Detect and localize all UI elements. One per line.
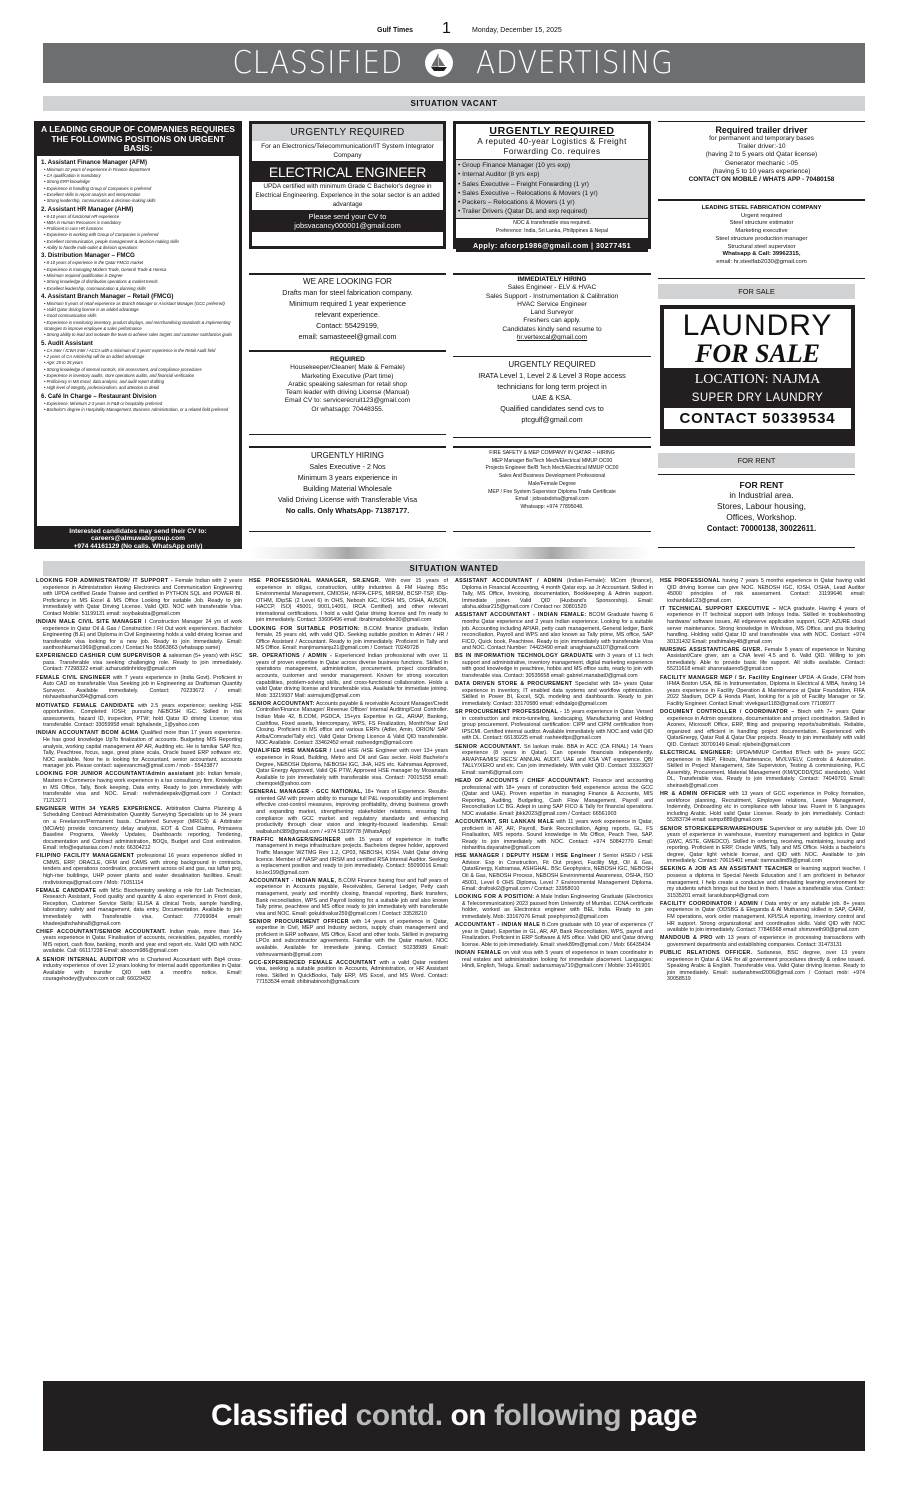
classified-listing: SENIOR ACCOUNTANT. Sri lankan male. BBA … <box>455 744 653 777</box>
role-item: Sales Executive – Freight Forwarding (1 … <box>456 180 648 189</box>
listing-body: Accounts payable & receivable Account Ma… <box>256 701 448 746</box>
ad-title: FOR RENT <box>658 476 865 490</box>
ad-line: Land Surveyor <box>453 309 651 317</box>
listing-headline: LOOKING FOR SUITABLE POSITION: <box>249 626 360 632</box>
section-for-sale: FOR SALE <box>658 284 855 299</box>
listing-body: Arbitration Claims Planning & Scheduling… <box>43 806 242 851</box>
listing-headline: INDIAN ACCOUNTANT BCOM &CMA <box>36 730 139 736</box>
ad-title: LEADING STEEL FABRICATION COMPANY <box>658 201 865 213</box>
steel-fabrication-ad: LEADING STEEL FABRICATION COMPANY Urgent… <box>658 199 865 279</box>
ad-line: Offices, Workshop. <box>658 512 865 523</box>
classified-listing: ACCOUNTANT - INDIAN MALE, B.COM Finance … <box>249 878 448 917</box>
ad-line: Minimum required 1 year experience <box>249 298 446 309</box>
listing-headline: CHIEF ACCOUNTANT/SENIOR ACCOUNTANT. <box>36 929 166 935</box>
ad-line: Stores, Labour housing, <box>658 501 865 512</box>
classified-listing: ASSISTANT ACCOUNTANT / ADMIN (Indian-Fem… <box>455 578 653 611</box>
ad-company: For an Electronics/Telecommunication/IT … <box>252 141 443 161</box>
classified-listing: TRAFFIC MANAGER/ENGINEER with 15 years o… <box>249 837 448 876</box>
classified-listing: HR & ADMIN OFFICER with 13 years of GCC … <box>660 791 865 824</box>
ad-line: for permanent and temporary bases <box>658 135 865 143</box>
listing-headline: ACCOUNTANT, SRI LANKAN MALE <box>455 819 554 825</box>
wanted-column-2: HSE PROFESSIONAL MANAGER, SR.ENGR. With … <box>249 578 448 1376</box>
ad-line: MEP / Fire System Supervisor Diploma Tra… <box>458 489 646 497</box>
ad-line: Sales Engineer - ELV & HVAC <box>453 284 651 292</box>
requirement: High level of integrity, professionalism… <box>41 385 235 391</box>
ad-contact: Contact: 70000138, 30022611. <box>658 523 865 534</box>
ad-line: (having 2 to 5 years old Qatar license) <box>658 151 865 159</box>
continued-banner: Classified contd. on following page <box>43 1381 865 1451</box>
classified-listing: MANDOUB & PRO with 13 years of experienc… <box>660 935 865 948</box>
laundry-contact: CONTACT 50339534 <box>664 408 851 429</box>
ad-line: Sales Support - Instrumentation & Calibr… <box>453 293 651 301</box>
wanted-column-1: LOOKING FOR ADMINISTRATOR/ IT SUPPORT - … <box>36 578 242 1376</box>
role-list: Group Finance Manager (10 yrs exp) Inter… <box>456 159 648 219</box>
listing-body: Supervisor or any suitable job. Over 10 … <box>667 826 865 865</box>
ad-contact: Whatsapp & Call: 39962315, <box>658 251 865 259</box>
listing-headline: BS IN INFORMATION TECHNOLOGY GRADUATE <box>455 653 593 659</box>
role-item: Sales Executive – Relocations & Movers (… <box>456 189 648 198</box>
listing-headline: ELECTRICAL ENGINEER: <box>660 750 733 756</box>
masthead-classified: CLASSIFIED <box>233 45 404 81</box>
ad-line: Marketing executive <box>658 228 865 236</box>
page-number: 1 <box>442 20 451 38</box>
ad-line: Male/Female Degree <box>458 481 646 489</box>
ad-line: Building Material Wholesale <box>249 483 446 494</box>
ad-title: URGENTLY HIRING <box>249 450 446 461</box>
ad-cta: Please send your CV to <box>252 212 443 221</box>
listing-body: Lead HSE /HSE Engineer with over 13+ yea… <box>256 748 448 787</box>
listing-body: Finance and accounting professional with… <box>462 778 653 817</box>
wanted-column-4: HSE PROFESSIONAL having 7 years 5 months… <box>660 578 865 1376</box>
ad-email[interactable]: ptcgulf@gmail.com <box>453 414 651 425</box>
masthead-advertising: ADVERTISING <box>476 45 674 81</box>
ad-line: Generator mechanic :-05 <box>658 160 865 168</box>
fire-safety-mep-ad: FIRE SAFETY & MEP COMPANY IN QATAR – HIR… <box>453 450 651 512</box>
classified-listing: DATA DRIVEN STORE & PROCUREMENT Speciali… <box>455 681 653 707</box>
contact-line: Interested candidates may send their CV … <box>37 528 239 536</box>
classified-listing: SEEKING A JOB AS AN ASSISTANT TEACHER or… <box>660 866 865 899</box>
classified-listing: ASSISTANT ACCOUNTANT - INDIAN FEMALE: BC… <box>455 612 653 651</box>
banner-word: on <box>450 1399 486 1433</box>
classified-listing: SR. OPERATIONS / ADMIN - Experienced Ind… <box>249 653 448 699</box>
ad-header: URGENTLY REQUIRED <box>252 124 443 141</box>
electrical-engineer-ad: URGENTLY REQUIRED For an Electronics/Tel… <box>249 121 446 249</box>
decorative-gradient <box>453 547 651 559</box>
ad-email[interactable]: Email CV to: servicerecruit123@gmail.com <box>249 397 446 405</box>
classified-listing: LOOKING FOR A POSITION: A Male Indian En… <box>455 894 653 920</box>
ad-line: Contact: 55429199, <box>249 320 446 331</box>
ad-line: technicians for long term project in <box>453 381 651 392</box>
listing-headline: IT TECHNICAL SUPPORT EXECUTIVE – <box>660 606 776 612</box>
listing-headline: FEMALE CANDIDATE <box>36 888 96 894</box>
listing-headline: GENERAL MANAGER - GCC NATIONAL, <box>249 789 363 795</box>
ad-line: Marketing Executive (Part time) <box>249 373 446 381</box>
listing-headline: SENIOR ACCOUNTANT. <box>455 744 521 750</box>
classified-listing: FILIPINO FACILITY MANAGEMENT professiona… <box>36 853 242 886</box>
role-item: Internal Auditor (8 yrs exp) <box>456 170 648 179</box>
section-situation-vacant: SITUATION VACANT <box>43 96 865 111</box>
ad-line: relevant experience. <box>249 309 446 320</box>
classified-listing: LOOKING FOR JUNIOR ACCOUNTANT/Admin assi… <box>36 771 242 804</box>
immediately-hiring-ad: IMMEDIATELY HIRING Sales Engineer - ELV … <box>453 276 651 342</box>
listing-headline: ASSISTANT ACCOUNTANT - INDIAN FEMALE: <box>455 612 586 618</box>
listing-headline: FACILITY COORDINATOR / ADMIN / <box>660 901 763 907</box>
requirement: Ability to handle multi-outlet & divisio… <box>41 245 235 251</box>
classified-listing: PUBLIC RELATIONS OFFICER. Sudanese, BSC … <box>660 950 865 983</box>
position-title: 5. Audit Assistant <box>41 340 235 348</box>
ad-line: Or whatsapp: 70448355. <box>249 406 446 414</box>
position-title: 4. Assistant Branch Manager – Retail (FM… <box>41 293 235 301</box>
requirement: Strong leadership, communication & decis… <box>41 198 235 204</box>
classified-listing: FACILITY MANAGER MEP / Sr. Facility Engi… <box>660 675 865 708</box>
required-staff-ad: REQUIRED Housekeeper/Cleaner( Male & Fem… <box>249 356 446 414</box>
listing-headline: GCC-EXPERIENCED FEMALE ACCOUNTANT <box>249 960 376 966</box>
listing-headline: ASSISTANT ACCOUNTANT / ADMIN <box>455 578 562 584</box>
listing-headline: SENIOR ACCOUNTANT: <box>249 701 315 707</box>
position-title: 2. Assistant HR Manager (AHM) <box>41 206 235 214</box>
listing-body: UPDA/MMUP Certified BTech with 8+ years … <box>667 750 865 789</box>
requirement: Strong ability to lead and motivate the … <box>41 332 235 338</box>
listing-body: Qualified more than 17 years experience.… <box>43 730 242 769</box>
irata-ad: URGENTLY REQUIRED IRATA Level 1, Level 2… <box>453 359 651 425</box>
role-item: Packers – Relocations & Movers (1 yr) <box>456 198 648 207</box>
ad-line: Steel structure estimator <box>658 220 865 228</box>
classified-listing: ENGINEER WITH 34 YEARS EXPERIENCE. Arbit… <box>36 806 242 852</box>
listing-body: 18+ Years of Experience. Results-oriente… <box>256 789 448 834</box>
ad-contact: No calls. Only WhatsApp- 71387177. <box>249 505 446 516</box>
banner-word: Classified <box>211 1399 348 1433</box>
dhow-boat-icon <box>425 49 453 77</box>
laundry-for-sale: FOR SALE <box>664 341 851 367</box>
role-item: Trailer Drivers (Qatar DL and exp requir… <box>456 207 648 216</box>
classified-listing: LOOKING FOR SUITABLE POSITION: B.COM fin… <box>249 626 448 652</box>
classified-listing: BS IN INFORMATION TECHNOLOGY GRADUATE wi… <box>455 653 653 679</box>
ad-note: NOC & transferable visa required. <box>456 219 648 228</box>
ad-line: Sales Executive - 2 Nos <box>249 461 446 472</box>
ad-line: Projects Engineer Be/B Tech Mech/Electri… <box>458 465 646 473</box>
listing-body: B.COM Finance having four and half years… <box>256 878 448 917</box>
ad-line: MEP Manager Be/Tech Mech/Electrical MMUP… <box>458 458 646 466</box>
listing-headline: TRAFFIC MANAGER/ENGINEER <box>249 837 341 843</box>
classified-listing: FEMALE CANDIDATE with MSc Biochemistry s… <box>36 888 242 927</box>
ad-contact: Please send your CV to jobsvacancy000001… <box>252 210 443 232</box>
listing-headline: SEEKING A JOB AS AN ASSISTANT TEACHER <box>660 866 792 872</box>
masthead: CLASSIFIED ADVERTISING <box>43 43 865 83</box>
laundry-location: LOCATION: NAJMA <box>664 368 851 390</box>
listing-headline: SENIOR PROCUREMENT OFFICER <box>249 919 349 925</box>
ad-line: Valid Driving License with Transferable … <box>249 494 446 505</box>
listing-headline: LOOKING FOR JUNIOR ACCOUNTANT/Admin assi… <box>36 771 194 777</box>
ad-role: ELECTRICAL ENGINEER <box>252 161 443 182</box>
listing-headline: HEAD OF ACCOUNTS / CHIEF ACCOUNTANT: <box>455 778 590 784</box>
group-ad-positions: 1. Assistant Finance Manager (AFM) Minim… <box>37 156 239 526</box>
classified-listing: LOOKING FOR ADMINISTRATOR/ IT SUPPORT - … <box>36 578 242 617</box>
listing-headline: LOOKING FOR ADMINISTRATOR/ IT SUPPORT - <box>36 578 173 584</box>
page-folio: Gulf Times 1 Monday, December 15, 2025 <box>0 18 907 40</box>
classified-listing: A SENIOR INTERNAL AUDITOR who is Charter… <box>36 957 242 983</box>
listing-headline: INDIAN FEMALE <box>455 950 501 956</box>
listing-body: with 14 years of experience in Qatar, ex… <box>256 919 448 958</box>
listing-body: With over 15 years of experience in oil/… <box>256 578 448 623</box>
for-rent-ad: FOR RENT in Industrial area. Stores, Lab… <box>658 476 865 549</box>
laundry-title: LAUNDRY <box>664 311 851 341</box>
listing-headline: HSE PROFESSIONAL <box>660 578 720 584</box>
listing-body: with 15 years of experience in traffic m… <box>256 837 448 876</box>
listing-headline: FEMALE CIVIL ENGINEER <box>36 675 110 681</box>
classified-listing: INDIAN MALE CIVIL SITE MANAGER / Constru… <box>36 619 242 652</box>
classified-listing: HSE PROFESSIONAL having 7 years 5 months… <box>660 578 865 604</box>
listing-headline: SR. OPERATIONS / ADMIN - <box>249 653 332 659</box>
draftsman-ad: WE ARE LOOKING FOR Drafts man for steel … <box>249 276 446 342</box>
classified-listing: SENIOR STOREKEEPER/WAREHOUSE Supervisor … <box>660 826 865 865</box>
ad-whatsapp: Whatsapp: +974 77895048. <box>458 504 646 512</box>
listing-body: MCA graduate. Having 4 years of experien… <box>667 606 865 645</box>
laundry-name: SUPER DRY LAUNDRY <box>664 390 851 408</box>
ad-line: Drafts man for steel fabrication company… <box>249 287 446 298</box>
classified-listing: HSE MANAGER / DEPUTY HSEM / HSE Engineer… <box>455 853 653 892</box>
listing-headline: ACCOUNTANT - INDIAN MALE <box>455 922 540 928</box>
banner-word: contd. <box>356 1399 443 1433</box>
ad-line: Structural steel supervisor <box>658 244 865 252</box>
ad-email[interactable]: email: samasteeel@gmail.com <box>249 331 446 342</box>
ad-apply[interactable]: Apply: afcorp1986@gmail.com | 30277451 <box>456 238 648 252</box>
listing-headline: ENGINEER WITH 34 YEARS EXPERIENCE. <box>36 806 163 812</box>
classified-listing: FACILITY COORDINATOR / ADMIN / Data entr… <box>660 901 865 934</box>
ad-line: Freshers can apply. <box>453 317 651 325</box>
ad-title: IMMEDIATELY HIRING <box>453 276 651 284</box>
listing-body: with MSc Biochemistry seeking a role for… <box>43 888 242 927</box>
requirement: Excellent leadership, communication & pl… <box>41 286 235 292</box>
group-ad-contact: Interested candidates may send their CV … <box>37 526 239 551</box>
classified-listing: CHIEF ACCOUNTANT/SENIOR ACCOUNTANT. Indi… <box>36 929 242 955</box>
ad-title: REQUIRED <box>249 356 446 364</box>
position-title: 6. Café In Charge – Restaurant Division <box>41 393 235 401</box>
decorative-gradient <box>249 547 446 559</box>
ad-line: Steel structure production manager <box>658 236 865 244</box>
ad-note: Preference: India, Sri Lanka, Philippine… <box>456 227 648 236</box>
ad-cta: Qualified candidates send cvs to <box>453 403 651 414</box>
classified-listing: IT TECHNICAL SUPPORT EXECUTIVE – MCA gra… <box>660 606 865 645</box>
listing-headline: FACILITY MANAGER MEP / Sr. Facility Engi… <box>660 675 797 681</box>
listing-headline: HR & ADMIN OFFICER <box>660 791 726 797</box>
ad-line: Candidates kindly send resume to <box>453 326 651 334</box>
classified-listing: ACCOUNTANT, SRI LANKAN MALE with 11 year… <box>455 819 653 852</box>
ad-line: UAE & KSA. <box>453 392 651 403</box>
laundry-for-sale-ad: LAUNDRY FOR SALE LOCATION: NAJMA SUPER D… <box>660 305 855 446</box>
listing-headline: HSE MANAGER / DEPUTY HSEM / HSE Engineer… <box>455 853 600 859</box>
listing-headline: QUALIFIED HSE MANAGER / <box>249 748 331 754</box>
listing-headline: NURSING ASSISTANT/CARE GIVER. <box>660 647 762 653</box>
ad-title: Required trailer driver <box>658 122 865 135</box>
ad-title: FIRE SAFETY & MEP COMPANY IN QATAR – HIR… <box>458 450 646 458</box>
classified-listing: ACCOUNTANT - INDIAN MALE B.Com graduate … <box>455 922 653 948</box>
banner-word: page <box>629 1399 697 1433</box>
classified-listing: GCC-EXPERIENCED FEMALE ACCOUNTANT with a… <box>249 960 448 986</box>
ad-header: URGENTLY REQUIRED <box>456 124 648 137</box>
listing-headline: SR PROCUREMENT PROFESSIONAL - <box>455 709 562 715</box>
ad-contact: CONTACT ON MOBILE / WHATS APP - 70480158 <box>658 176 865 184</box>
group-companies-ad: A LEADING GROUP OF COMPANIES REQUIRES TH… <box>34 121 242 549</box>
issue-date: Monday, December 15, 2025 <box>472 27 562 34</box>
listing-headline: DATA DRIVEN STORE & PROCUREMENT <box>455 681 572 687</box>
classified-listing: INDIAN ACCOUNTANT BCOM &CMA Qualified mo… <box>36 730 242 769</box>
listing-headline: INDIAN MALE CIVIL SITE MANAGER / <box>36 619 147 625</box>
ad-line: HVAC Service Engineer <box>453 301 651 309</box>
role-item: Group Finance Manager (10 yrs exp) <box>456 161 648 170</box>
ad-email[interactable]: jobsvacancy000001@gmail.com <box>252 221 443 230</box>
sales-hiring-ad: URGENTLY HIRING Sales Executive - 2 Nos … <box>249 450 446 516</box>
ad-line: Trailer driver:-10 <box>658 143 865 151</box>
classified-listing: MOTIVATED FEMALE CANDIDATE with 2.5 year… <box>36 703 242 729</box>
requirement: Bachelor's degree in Hospitality Managem… <box>41 407 235 413</box>
section-for-rent: FOR RENT <box>658 453 855 468</box>
listing-body: Female Indian with 2 years experience in… <box>43 578 242 617</box>
classified-listing: DOCUMENT CONTROLLER / COORDINATOR – Btec… <box>660 709 865 748</box>
trailer-driver-ad: Required trailer driver for permanent an… <box>658 121 865 187</box>
wanted-column-3: ASSISTANT ACCOUNTANT / ADMIN (Indian-Fem… <box>455 578 653 1376</box>
listing-headline: LOOKING FOR A POSITION: <box>455 894 534 900</box>
listing-headline: ACCOUNTANT - INDIAN MALE, <box>249 878 336 884</box>
listing-headline: A SENIOR INTERNAL AUDITOR <box>36 957 126 963</box>
ad-email[interactable]: Email : jobsatsdoha@gmail.com <box>458 496 646 504</box>
listing-headline: SENIOR STOREKEEPER/WAREHOUSE <box>660 826 768 832</box>
ad-line: (having 5 to 10 years experience) <box>658 168 865 176</box>
contact-email[interactable]: careers@almuwabigroup.com <box>37 535 239 543</box>
ad-line: Arabic speaking salesman for retail shop <box>249 381 446 389</box>
position-title: 3. Distribution Manager – FMCG <box>41 252 235 260</box>
listing-headline: MOTIVATED FEMALE CANDIDATE <box>36 703 134 709</box>
publication-name: Gulf Times <box>377 27 413 34</box>
listing-headline: MANDOUB & PRO <box>660 935 713 941</box>
ad-details: UPDA certified with minimum Grade C Bach… <box>252 182 443 210</box>
ad-line: Minimum 3 years experience in <box>249 472 446 483</box>
ad-line: Urgent required <box>658 213 865 221</box>
listing-headline: DOCUMENT CONTROLLER / COORDINATOR – <box>660 709 795 715</box>
classified-listing: SR PROCUREMENT PROFESSIONAL - 15 years e… <box>455 709 653 742</box>
listing-body: Btech with 7+ years Qatar experience in … <box>667 709 865 748</box>
ad-email[interactable]: hr.vertexcal@gmail.com <box>453 334 651 342</box>
ad-title: URGENTLY REQUIRED <box>453 359 651 370</box>
banner-word: following <box>494 1399 621 1433</box>
section-situation-wanted: SITUATION WANTED <box>43 561 865 576</box>
classified-listing: QUALIFIED HSE MANAGER / Lead HSE /HSE En… <box>249 748 448 787</box>
classified-listing: EXPERIENCED CASHIER CUM SUPERVISOR & sal… <box>36 653 242 673</box>
position-title: 1. Assistant Finance Manager (AFM) <box>41 159 235 167</box>
requirement: CA Inter / ICWA Inter / ACCA with a mini… <box>41 348 235 354</box>
listing-body: Senior HSEO / HSE Advisor. Exp in Constr… <box>462 853 653 892</box>
classified-listing: FEMALE CIVIL ENGINEER with 7 years exper… <box>36 675 242 701</box>
listing-headline: EXPERIENCED CASHIER CUM SUPERVISOR & <box>36 653 167 659</box>
listing-headline: HSE PROFESSIONAL MANAGER, SR.ENGR. <box>249 578 381 584</box>
classified-listing: SENIOR ACCOUNTANT: Accounts payable & re… <box>249 701 448 747</box>
classified-listing: ELECTRICAL ENGINEER: UPDA/MMUP Certified… <box>660 750 865 789</box>
listing-body: BCOM Graduate having 6 months Qatar expe… <box>462 612 653 651</box>
classified-listing: INDIAN FEMALE on visit visa with 5 years… <box>455 950 653 970</box>
ad-subtitle: A reputed 40-year Logistics & Freight Fo… <box>456 137 648 157</box>
classified-listing: SENIOR PROCUREMENT OFFICER with 14 years… <box>249 919 448 958</box>
listing-body: Experienced Indian professional with ove… <box>256 653 448 698</box>
ad-line: Housekeeper/Cleaner( Male & Female) <box>249 364 446 372</box>
logistics-ad: URGENTLY REQUIRED A reputed 40-year Logi… <box>453 121 651 249</box>
listing-headline: PUBLIC RELATIONS OFFICER. <box>660 950 752 956</box>
contact-phone: +974 44161129 (No calls. WhatsApp only) <box>37 543 239 551</box>
requirement: Experience in monitoring inventory, prod… <box>41 320 235 333</box>
classified-listing: HSE PROFESSIONAL MANAGER, SR.ENGR. With … <box>249 578 448 624</box>
classified-listing: NURSING ASSISTANT/CARE GIVER. Female 5 y… <box>660 647 865 673</box>
ad-title: WE ARE LOOKING FOR <box>249 276 446 287</box>
listing-headline: FILIPINO FACILITY MANAGEMENT <box>36 853 134 859</box>
classified-listing: HEAD OF ACCOUNTS / CHIEF ACCOUNTANT: Fin… <box>455 778 653 817</box>
classified-listing: GENERAL MANAGER - GCC NATIONAL, 18+ Year… <box>249 789 448 835</box>
ad-line: Team leader with driving License (Manual… <box>249 389 446 397</box>
group-ad-heading: A LEADING GROUP OF COMPANIES REQUIRES TH… <box>37 124 239 156</box>
ad-line: Sales And Business Development Professio… <box>458 473 646 481</box>
ad-line: IRATA Level 1, Level 2 & Level 3 Rope ac… <box>453 370 651 381</box>
ad-line: in Industrial area. <box>658 490 865 501</box>
ad-email[interactable]: email: hr.steelfab2030@gmail.com <box>658 259 865 267</box>
